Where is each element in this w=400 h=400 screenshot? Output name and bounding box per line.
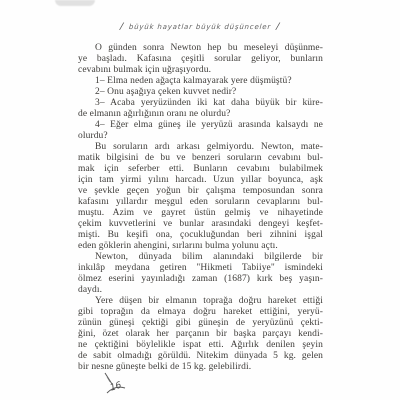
paragraph: 3– Acaba yeryüzünden iki kat daha büyük … (78, 98, 323, 120)
page-number: 16 (109, 380, 123, 393)
text-line: kafasını yıllardır meşgul eden soruların… (78, 197, 323, 208)
text-line: zünün güneşi çektiği gibi güneşin de yer… (78, 318, 323, 329)
page-number-ornament: 16 (99, 371, 129, 399)
text-line: matik bilgisini de bu ve benzeri sorular… (78, 153, 323, 164)
text-line: 2– Onu aşağıya çeken kuvvet nedir? (78, 87, 323, 98)
text-line: 1– Elma neden ağaçta kalmayarak yere düş… (78, 76, 323, 87)
text-line: O günden sonra Newton hep bu meseleyi dü… (78, 43, 323, 54)
text-line: mişti. Bu keşifi ona, çocukluğundan beri… (78, 230, 323, 241)
text-line: ve şevkle geçen yoğun bir çalışma tempos… (78, 186, 323, 197)
running-header: /büyük hayatlar büyük düşünceler/ (0, 22, 400, 32)
text-line: eden göklerin ahengini, sırlarını bulma … (78, 241, 323, 252)
paragraph: O günden sonra Newton hep bu meseleyi dü… (78, 43, 323, 76)
text-line: daydı. (78, 285, 323, 296)
text-line: çekim kuvvetlerini ve bunlar arasındaki … (78, 219, 323, 230)
running-header-title: büyük hayatlar büyük düşünceler (129, 23, 272, 31)
text-line: mak için seferber etti. Bunların cevabın… (78, 164, 323, 175)
text-line: inkılâp meydana getiren "Hikmeti Tabiiye… (78, 263, 323, 274)
paragraph: 2– Onu aşağıya çeken kuvvet nedir? (78, 87, 323, 98)
paragraph: 4– Eğer elma güneş ile yeryüzü arasında … (78, 120, 323, 142)
text-line: muştu. Azim ve gayret üstün gelmiş ve ni… (78, 208, 323, 219)
header-right-slash-icon: / (271, 22, 286, 32)
paragraph: Newton, dünyada bilim alanındaki bilgile… (78, 252, 323, 296)
text-line: ölmez eserini yayınladığı zaman (1687) k… (78, 274, 323, 285)
text-line: de sabit olmadığı görüldü. Nitekim dünya… (78, 351, 323, 362)
book-page: /büyük hayatlar büyük düşünceler/ O günd… (0, 0, 400, 400)
page-number-flourish-icon: 16 (99, 371, 129, 399)
text-line: ne çektiğini böylelikle ispat etti. Ağır… (78, 340, 323, 351)
text-line: Yere düşen bir elmanın toprağa doğru har… (78, 296, 323, 307)
text-line: 3– Acaba yeryüzünden iki kat daha büyük … (78, 98, 323, 109)
text-line: Newton, dünyada bilim alanındaki bilgile… (78, 252, 323, 263)
text-line: ğini, özet olarak her parçanın bir başka… (78, 329, 323, 340)
text-line: de elmanın ağırlığının oranı ne olurdu? (78, 109, 323, 120)
text-line: ye başladı. Kafasına çeşitli sorular gel… (78, 54, 323, 65)
header-left-slash-icon: / (115, 22, 130, 32)
scan-artifact (55, 0, 95, 6)
text-line: için tam yirmi yılını harcadı. Uzun yıll… (78, 175, 323, 186)
paragraph: 1– Elma neden ağaçta kalmayarak yere düş… (78, 76, 323, 87)
text-line: 4– Eğer elma güneş ile yeryüzü arasında … (78, 120, 323, 131)
page-text: O günden sonra Newton hep bu meseleyi dü… (78, 43, 323, 373)
text-line: cevabını bulmak için uğraşıyordu. (78, 65, 323, 76)
text-line: Bu soruların ardı arkası gelmiyordu. New… (78, 142, 323, 153)
text-line: gibi toprağın da elmaya doğru hareket et… (78, 307, 323, 318)
paragraph: Bu soruların ardı arkası gelmiyordu. New… (78, 142, 323, 252)
paragraph: Yere düşen bir elmanın toprağa doğru har… (78, 296, 323, 373)
text-line: olurdu? (78, 131, 323, 142)
